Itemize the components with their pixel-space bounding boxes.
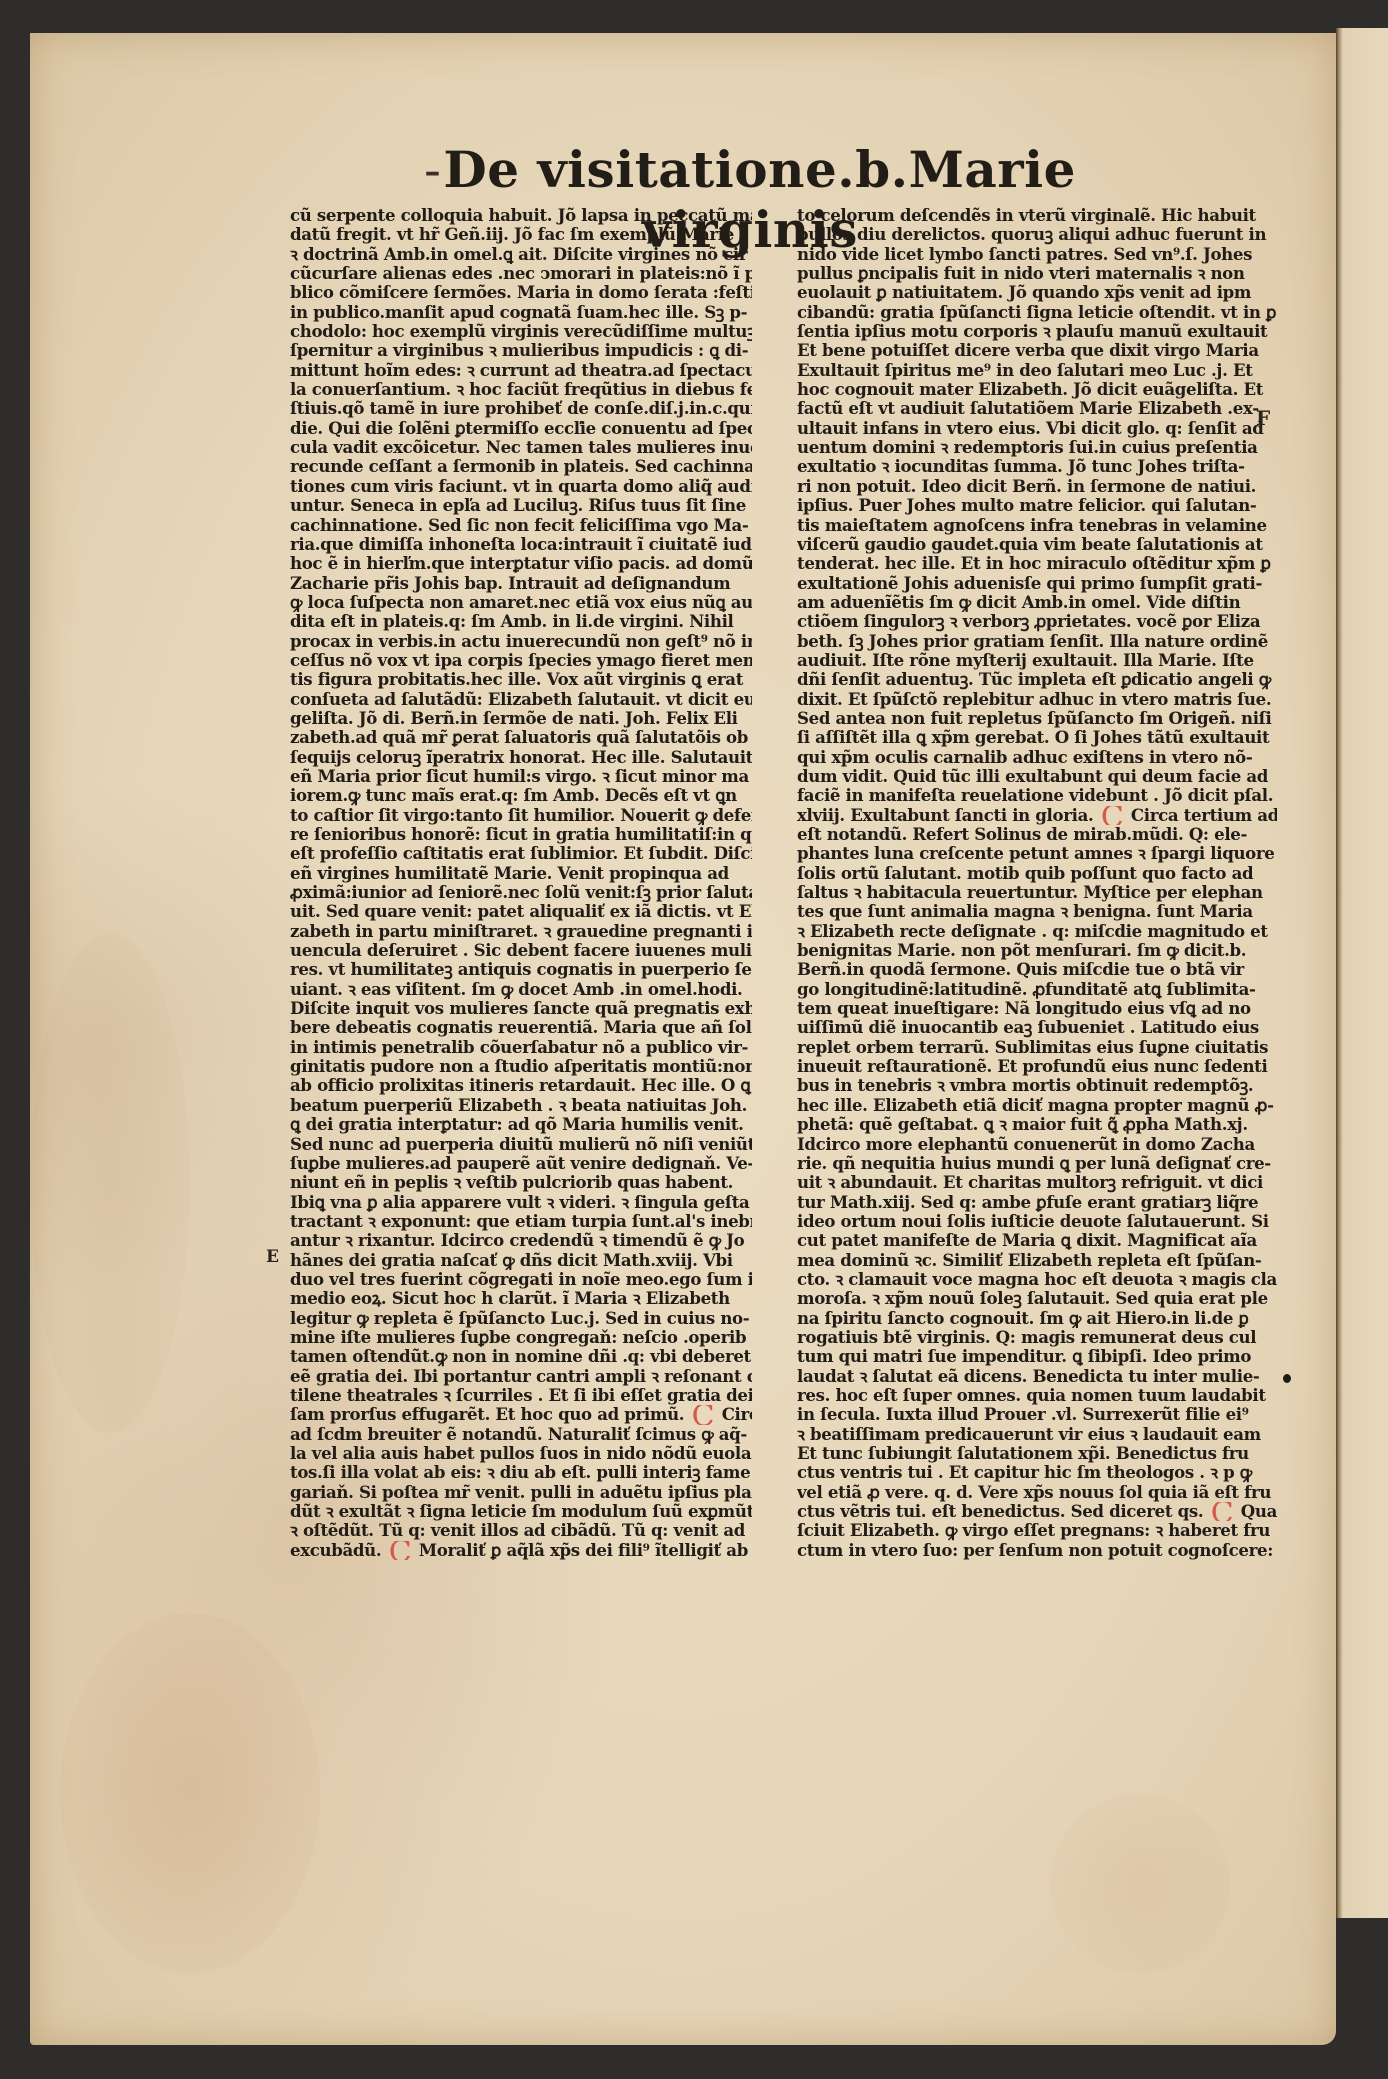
text-line: moroſa. ꝛ xp̃m nouũ ſoleꝫ ſalutauit. Sed… (797, 1289, 1277, 1308)
text-line: re ſenioribus honorẽ: ſicut in gratia hu… (290, 825, 752, 844)
text-line: cibandũ: gratia ſpũſancti ſigna leticie … (797, 303, 1277, 322)
text-line: faciẽ in manifeſta reuelatione videbunt … (797, 786, 1277, 805)
text-line: phetã: quẽ geſtabat. ꝗ ꝛ maior fuit ꝗ̃ ꝓ… (797, 1115, 1277, 1134)
margin-mark-e: E (266, 1247, 279, 1267)
text-line: ctus ventris tui . Et capitur hic ſm the… (797, 1463, 1277, 1482)
text-line: ad ſcdm breuiter ẽ notandũ. Naturaliť ſc… (290, 1425, 752, 1444)
text-line: ipſius. Puer Johes multo matre felicior.… (797, 496, 1277, 515)
text-line: iorem.ꝙ tunc maĩs erat.q: ſm Amb. Decẽs … (290, 786, 752, 805)
text-line: recunde ceſſant a ſermonib in plateis. S… (290, 457, 752, 476)
text-line: beatum puerperiũ Elizabeth . ꝛ beata nat… (290, 1096, 752, 1115)
text-line: ultauit infans in vtero eius. Vbi dicit … (797, 419, 1277, 438)
text-line: ceſſus nõ vox vt ipa corpis ſpecies ymag… (290, 651, 752, 670)
text-line: ꝛ oſtẽdũt. Tũ q: venit illos ad cibãdũ. … (290, 1521, 752, 1540)
text-line: ꝛ doctrinã Amb.in omel.ꝗ ait. Diſcite vi… (290, 245, 752, 264)
text-line: ctiõem ſingulorꝫ ꝛ verborꝫ ꝓprietates. v… (797, 612, 1277, 631)
text-line: hec ille. Elizabeth etiã diciť magna pro… (797, 1096, 1277, 1115)
ink-dot (1283, 1374, 1291, 1383)
text-line: uit. Sed quare venit: patet aliqualiť ex… (290, 902, 752, 921)
text-line: rie. qñ nequitia huius mundi ꝗ per lunã … (797, 1154, 1277, 1173)
text-line: audiuit. Iſte rõne myſterij exultauit. I… (797, 651, 1277, 670)
text-line: tilene theatrales ꝛ ſcurriles . Et ſi ib… (290, 1386, 752, 1405)
text-line: Sed nunc ad puerperia diuitũ mulierũ nõ … (290, 1135, 752, 1154)
text-line: tem queat inueſtigare: Nã longitudo eius… (797, 999, 1277, 1018)
text-line: Zacharie pr̃is Johis bap. Intrauit ad de… (290, 574, 752, 593)
text-line: tis maieſtatem agnoſcens infra tenebras … (797, 516, 1277, 535)
text-line: procax in verbis.in actu inuerecundũ non… (290, 632, 752, 651)
rubric-paragraph-mark: C (1211, 1502, 1234, 1521)
text-line: ꝗ dei gratia interꝑtatur: ad qõ Maria hu… (290, 1115, 752, 1134)
text-line: Sed antea non fuit repletus ſpũſancto ſm… (797, 709, 1277, 728)
text-line: ꝓximã:iunior ad ſeniorẽ.nec ſolũ venit:ſ… (290, 883, 752, 902)
text-line: ria.que dimiſſa inhoneſta loca:intrauit … (290, 535, 752, 554)
text-line: to celorum deſcendẽs in vterũ virginalẽ.… (797, 206, 1277, 225)
text-line: medio eoꝝ. Sicut hoc h clarũt. ĩ Maria ꝛ… (290, 1289, 752, 1308)
text-line: ſpernitur a virginibus ꝛ mulieribus impu… (290, 341, 752, 360)
text-line: ſequijs celoruꝫ ĩperatrix honorat. Hec i… (290, 748, 752, 767)
text-line: ginitatis pudore non a ſtudio aſperitati… (290, 1057, 752, 1076)
text-line: ſi aſſiſtẽt illa ꝗ xp̃m gerebat. O ſi Jo… (797, 728, 1277, 747)
text-line: cachinnatione. Sed ſic non fecit feliciſ… (290, 516, 752, 535)
text-line: conſueta ad ſalutãdũ: Elizabeth ſalutaui… (290, 690, 752, 709)
text-line: ſam prorſus effugarẽt. Et hoc quo ad pri… (290, 1405, 752, 1424)
text-line: go longitudinẽ:latitudinẽ. ꝓfunditatẽ at… (797, 980, 1277, 999)
text-line: Et tunc ſubiungit ſalutationem xp̃i. Ben… (797, 1444, 1277, 1463)
text-line: ſuꝑbe mulieres.ad pauperẽ aũt venire ded… (290, 1154, 752, 1173)
text-line: hoc ẽ in hierľm.que interꝑtatur viſio pa… (290, 554, 752, 573)
text-line: Et bene potuiſſet dicere verba que dixit… (797, 341, 1277, 360)
text-line: dñi ſenſit aduentuꝫ. Tũc impleta eſt ꝑdi… (797, 670, 1277, 689)
text-line: la conuerſantium. ꝛ hoc faciũt freqũtius… (290, 380, 752, 399)
text-line: ꝛ Elizabeth recte deſignate . q: miſcdie… (797, 922, 1277, 941)
text-line: hoc cognouit mater Elizabeth. Jõ dicit e… (797, 380, 1277, 399)
text-line: Idcirco more elephantũ conuenerũt in dom… (797, 1135, 1277, 1154)
text-line: bere debeatis cognatis reuerentiã. Maria… (290, 1018, 752, 1037)
text-line: tum qui matri ſue impenditur. ꝗ ſibipſi.… (797, 1347, 1277, 1366)
text-line: exultationẽ Johis aduenisſe qui primo ſu… (797, 574, 1277, 593)
text-line: datũ fregit. vt hr̃ Geñ.iij. Jõ fac ſm e… (290, 225, 752, 244)
text-line: xlviij. Exultabunt ſancti in gloria. C C… (797, 806, 1277, 825)
adjacent-page-edge (1336, 28, 1388, 1918)
text-line: ſtiuis.qõ tamẽ in iure prohibeť de conſe… (290, 399, 752, 418)
text-line: qui xp̃m oculis carnalib adhuc exiſtens … (797, 748, 1277, 767)
text-line: factũ eſt vt audiuit ſalutatiõem Marie E… (797, 399, 1277, 418)
text-line: eñ virgines humilitatẽ Marie. Venit prop… (290, 864, 752, 883)
rubric-paragraph-mark: C (692, 1405, 715, 1424)
text-line: zabeth.ad quã mr̃ ꝑerat ſaluatoris quã ſ… (290, 728, 752, 747)
text-line: na ſpiritu ſancto cognouit. ſm ꝙ ait Hie… (797, 1309, 1277, 1328)
text-line: ſaltus ꝛ habitacula reuertuntur. Myſtice… (797, 883, 1277, 902)
text-line: eñ Maria prior ſicut humil:s virgo. ꝛ ſi… (290, 767, 752, 786)
text-line: benignitas Marie. non põt menſurari. ſm … (797, 941, 1277, 960)
text-line: Berñ.in quodã ſermone. Quis miſcdie tue … (797, 960, 1277, 979)
text-line: die. Qui die ſolẽni ꝑtermiſſo eccľie con… (290, 419, 752, 438)
water-stain (60, 1613, 320, 1973)
text-line: dum vidit. Quid tũc illi exultabunt qui … (797, 767, 1277, 786)
margin-mark-f: F (1256, 406, 1270, 430)
rubric-paragraph-mark: C (389, 1541, 412, 1560)
text-line: cũ serpente colloquia habuit. Jõ lapsa i… (290, 206, 752, 225)
text-line: gariaň. Si poſtea mr̃ venit. pulli in ad… (290, 1483, 752, 1502)
text-line: pullos diu derelictos. quoruꝫ aliqui adh… (797, 225, 1277, 244)
water-stain (1050, 1793, 1230, 1973)
text-line: res. vt humilitateꝫ antiquis cognatis in… (290, 960, 752, 979)
text-line: uit ꝛ abundauit. Et charitas multorꝫ ref… (797, 1173, 1277, 1192)
text-line: am aduenĩẽtis ſm ꝙ dicit Amb.in omel. Vi… (797, 593, 1277, 612)
text-line: rogatiuis btẽ virginis. Q: magis remuner… (797, 1328, 1277, 1347)
text-line: cula vadit excõicetur. Nec tamen tales m… (290, 438, 752, 457)
text-line: untur. Seneca in epľa ad Luciluꝫ. Riſus … (290, 496, 752, 515)
text-line: la vel alia auis habet pullos ſuos in ni… (290, 1444, 752, 1463)
text-line: pullus ꝑncipalis fuit in nido vteri mate… (797, 264, 1277, 283)
text-line: antur ꝛ rixantur. Idcirco credendũ ꝛ tim… (290, 1231, 752, 1250)
text-line: ſolis ortũ ſalutant. motib quib poſſunt … (797, 864, 1277, 883)
text-line: beth. ſꝫ Johes prior gratiam ſenſit. Ill… (797, 632, 1277, 651)
text-line: niunt eñ in peplis ꝛ veſtib pulcriorib q… (290, 1173, 752, 1192)
text-line: ctus vẽtris tui. eſt benedictus. Sed dic… (797, 1502, 1277, 1521)
text-line: Ibiꝗ vna ꝑ alia apparere vult ꝛ videri. … (290, 1193, 752, 1212)
text-line: inueuit reſtaurationẽ. Et profundũ eius … (797, 1057, 1277, 1076)
text-line: chodolo: hoc exemplũ virginis verecũdiſſ… (290, 322, 752, 341)
text-line: ideo ortum noui ſolis iuſticie deuote ſa… (797, 1212, 1277, 1231)
text-line: geliſta. Jõ di. Berñ.in ſermõe de nati. … (290, 709, 752, 728)
left-text-column: cũ serpente colloquia habuit. Jõ lapsa i… (290, 206, 752, 1560)
text-line: vel etiã ꝓ vere. q. d. Vere xp̃s nouus ſ… (797, 1483, 1277, 1502)
text-line: ri non potuit. Ideo dicit Berñ. in ſermo… (797, 477, 1277, 496)
text-line: legitur ꝙ repleta ẽ ſpũſancto Luc.j. Sed… (290, 1309, 752, 1328)
text-line: ab officio prolixitas itineris retardaui… (290, 1076, 752, 1095)
text-line: tur Math.xiij. Sed q: ambe ꝑfuſe erant g… (797, 1193, 1277, 1212)
text-line: in publico.manſit apud cognatã ſuam.hec … (290, 303, 752, 322)
text-line: tenderat. hec ille. Et in hoc miraculo o… (797, 554, 1277, 573)
text-line: replet orbem terrarũ. Sublimitas eius ſu… (797, 1038, 1277, 1057)
text-line: ſentia ipſius motu corporis ꝛ plauſu man… (797, 322, 1277, 341)
text-line: tes que ſunt animalia magna ꝛ benigna. ſ… (797, 902, 1277, 921)
text-line: eẽ gratia dei. Ibi portantur cantri ampl… (290, 1367, 752, 1386)
text-line: cut patet manifeſte de Maria ꝗ dixit. Ma… (797, 1231, 1277, 1250)
text-line: excubãdũ. C Moraliť ꝑ aq̃lã xp̃s dei fil… (290, 1541, 752, 1560)
text-line: phantes luna creſcente petunt amnes ꝛ ſp… (797, 844, 1277, 863)
text-line: eſt profeſſio caſtitatis erat ſublimior.… (290, 844, 752, 863)
text-line: ctum in vtero ſuo: per ſenſum non potuit… (797, 1541, 1277, 1560)
water-stain (30, 933, 190, 1433)
text-line: blico cõmiſcere ſermões. Maria in domo ſ… (290, 283, 752, 302)
text-line: zabeth in partu miniſtraret. ꝛ grauedine… (290, 922, 752, 941)
text-line: viſcerũ gaudio gaudet.quia vim beate ſal… (797, 535, 1277, 554)
text-line: uiſſimũ diẽ inuocantib eaꝫ ſubueniet . L… (797, 1018, 1277, 1037)
text-line: dũt ꝛ exultãt ꝛ ſigna leticie ſm modulum… (290, 1502, 752, 1521)
text-line: exultatio ꝛ iocunditas ſumma. Jõ tunc Jo… (797, 457, 1277, 476)
title-dash: - (424, 141, 441, 199)
text-line: euolauit ꝑ natiuitatem. Jõ quando xp̃s v… (797, 283, 1277, 302)
text-line: tamen oſtendũt.ꝙ non in nomine dñi .q: v… (290, 1347, 752, 1366)
text-line: tractant ꝛ exponunt: que etiam turpia ſu… (290, 1212, 752, 1231)
right-text-column: to celorum deſcendẽs in vterũ virginalẽ.… (797, 206, 1277, 1560)
text-line: res. hoc eſt ſuper omnes. quia nomen tuu… (797, 1386, 1277, 1405)
text-line: bus in tenebris ꝛ vmbra mortis obtinuit … (797, 1076, 1277, 1095)
text-line: in ſecula. Iuxta illud Prouer .vl. Surre… (797, 1405, 1277, 1424)
text-line: uencula deſeruiret . Sic debent facere i… (290, 941, 752, 960)
rubric-paragraph-mark: C (1101, 806, 1124, 825)
text-line: tiones cum viris faciunt. vt in quarta d… (290, 477, 752, 496)
text-line: mittunt hoĩm edes: ꝛ currunt ad theatra.… (290, 361, 752, 380)
text-line: Diſcite inquit vos mulieres ſancte quã p… (290, 999, 752, 1018)
text-line: tis figura probitatis.hec ille. Vox aũt … (290, 670, 752, 689)
text-line: dita eſt in plateis.q: ſm Amb. in li.de … (290, 612, 752, 631)
text-line: dixit. Et ſpũſctõ replebitur adhuc in vt… (797, 690, 1277, 709)
text-line: ſciuit Elizabeth. ꝙ virgo eſſet pregnans… (797, 1521, 1277, 1540)
text-line: duo vel tres fuerint cõgregati in noĩe m… (290, 1270, 752, 1289)
text-line: cũcurſare alienas edes .nec ↄmorari in p… (290, 264, 752, 283)
text-line: ꝙ loca ſuſpecta non amaret.nec etiã vox … (290, 593, 752, 612)
text-line: mine iſte mulieres ſuꝑbe congregaň: neſc… (290, 1328, 752, 1347)
text-line: in intimis penetralib cõuerſabatur nõ a … (290, 1038, 752, 1057)
text-line: uiant. ꝛ eas viſitent. ſm ꝙ docet Amb .i… (290, 980, 752, 999)
text-line: Exultauit ſpiritus me⁹ in deo ſalutari m… (797, 361, 1277, 380)
text-line: ꝛ beatiſſimam predicauerunt vir eius ꝛ l… (797, 1425, 1277, 1444)
text-line: hãnes dei gratia naſcať ꝙ dñs dicit Math… (290, 1251, 752, 1270)
text-line: uentum domini ꝛ redemptoris ſui.in cuius… (797, 438, 1277, 457)
text-line: cto. ꝛ clamauit voce magna hoc eſt deuot… (797, 1270, 1277, 1289)
text-line: to caſtior ſit virgo:tanto ſit humilior.… (290, 806, 752, 825)
text-line: tos.ſi illa volat ab eis: ꝛ diu ab eſt. … (290, 1463, 752, 1482)
text-line: nido vide licet lymbo ſancti patres. Sed… (797, 245, 1277, 264)
text-line: eſt notandũ. Refert Solinus de mirab.mũd… (797, 825, 1277, 844)
text-line: laudat ꝛ ſalutat eã dicens. Benedicta tu… (797, 1367, 1277, 1386)
text-line: mea dominũ ꝛc. Similiť Elizabeth repleta… (797, 1251, 1277, 1270)
